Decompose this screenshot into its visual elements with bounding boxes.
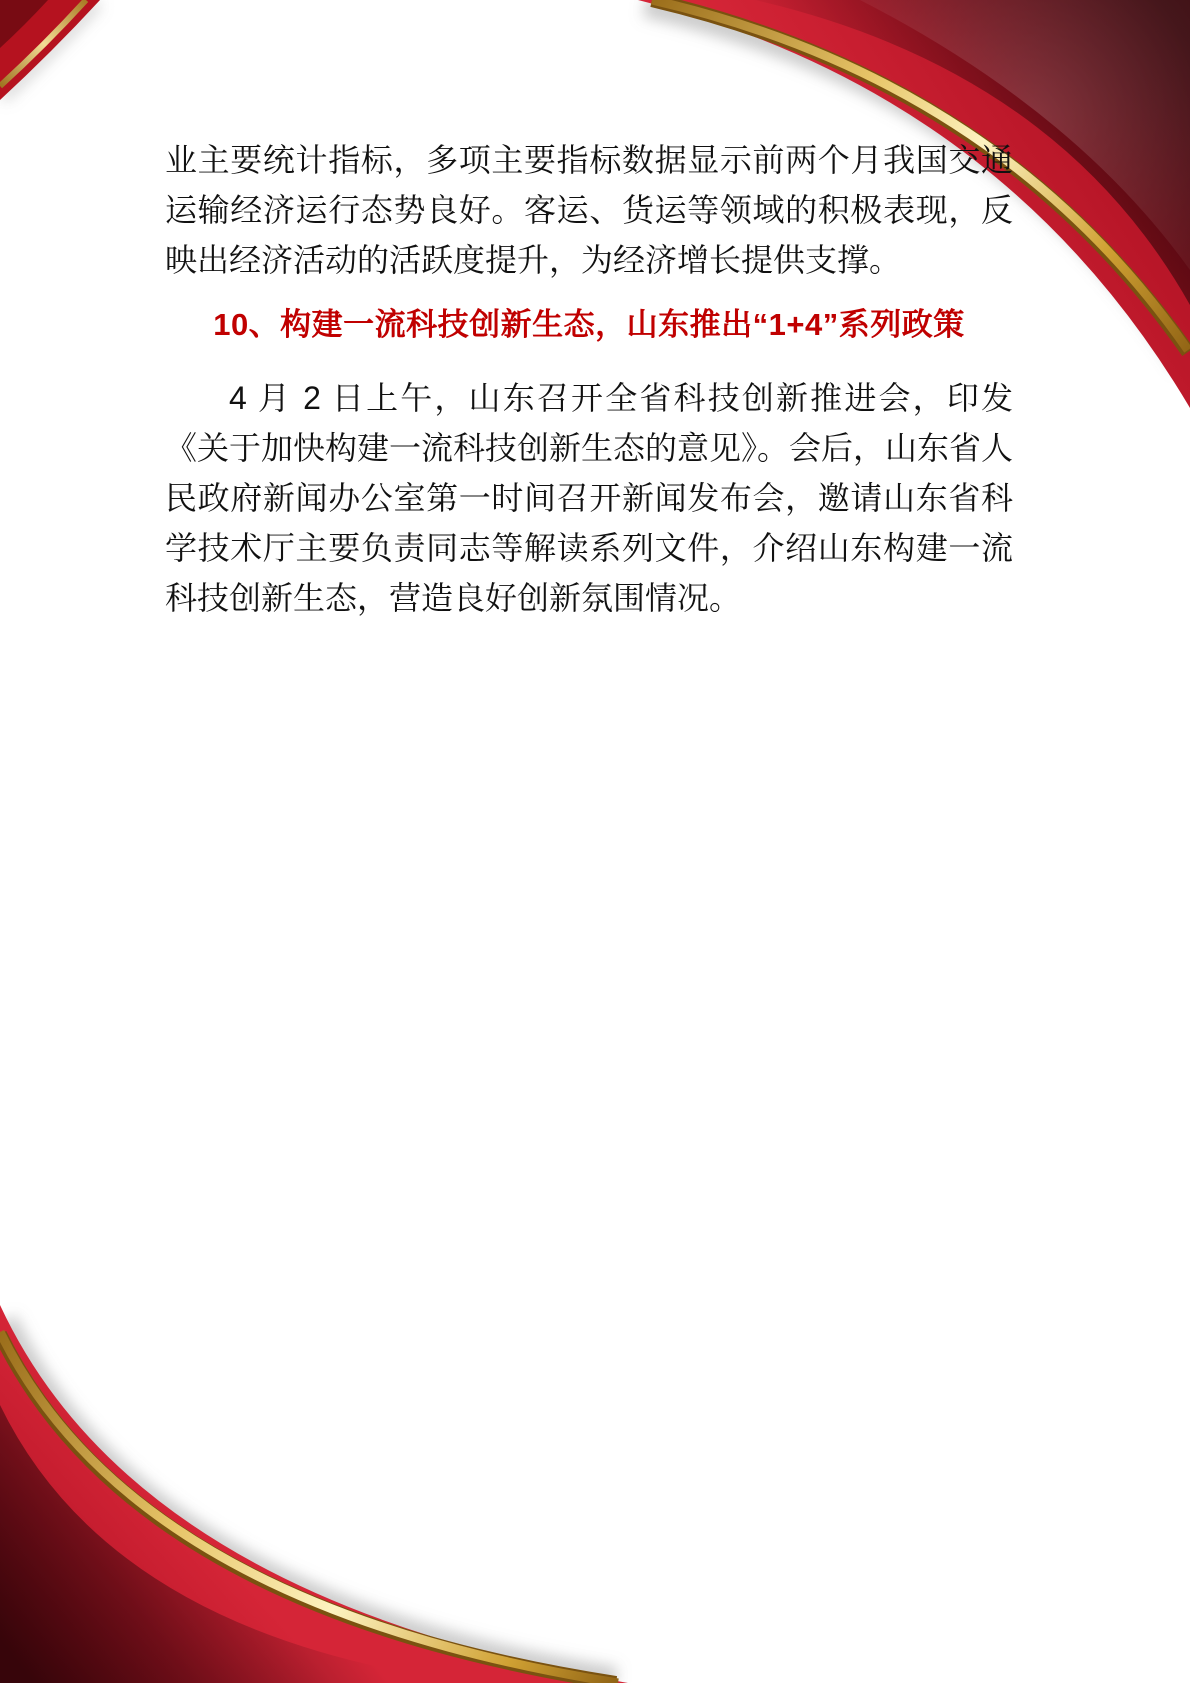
top-left-corner-shadow: [3, 3, 98, 98]
bottom-left-swoosh-red: [0, 1305, 628, 1683]
bottom-left-swoosh-dark-core: [0, 1405, 472, 1683]
bottom-left-gold-ribbon: [0, 1332, 618, 1683]
body-paragraph-continuation: 业主要统计指标，多项主要指标数据显示前两个月我国交通运输经济运行态势良好。客运、…: [165, 135, 1013, 285]
top-left-gold-ribbon: [0, 0, 86, 86]
top-left-corner-dark-core: [0, 0, 48, 48]
bottom-left-swoosh-decoration: [0, 1305, 628, 1683]
top-left-corner-decoration: [0, 0, 100, 100]
section-heading: 10、构建一流科技创新生态，山东推出“1+4”系列政策: [165, 300, 1013, 350]
bottom-left-gold-ribbon-edge: [0, 1334, 616, 1683]
document-content: 业主要统计指标，多项主要指标数据显示前两个月我国交通运输经济运行态势良好。客运、…: [165, 135, 1013, 623]
bottom-left-swoosh-shadow: [6, 1320, 616, 1678]
top-left-corner-red: [0, 0, 100, 100]
document-page: 业主要统计指标，多项主要指标数据显示前两个月我国交通运输经济运行态势良好。客运、…: [0, 0, 1190, 1683]
section-paragraph: 4 月 2 日上午，山东召开全省科技创新推进会，印发《关于加快构建一流科技创新生…: [165, 373, 1013, 623]
